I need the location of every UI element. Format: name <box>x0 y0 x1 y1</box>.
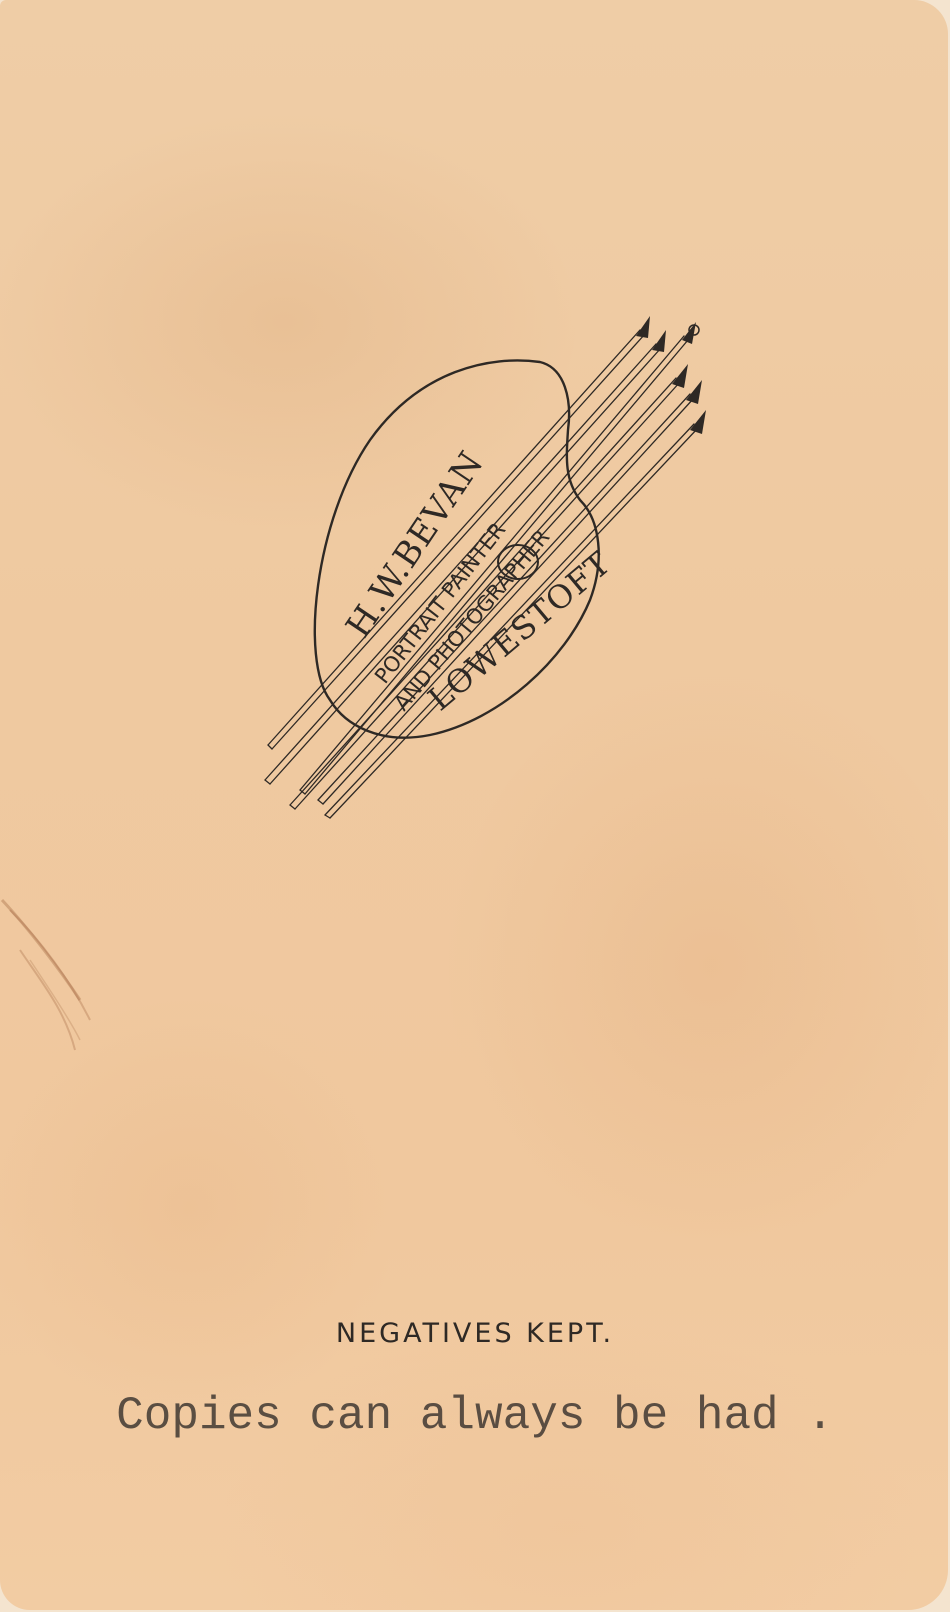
artist-palette-with-brushes-icon: H.W.BEVAN PORTRAIT PAINTER AND PHOTOGRAP… <box>0 0 948 1610</box>
copies-tagline: Copies can always be had . <box>0 1390 948 1442</box>
photograph-card-back: H.W.BEVAN PORTRAIT PAINTER AND PHOTOGRAP… <box>0 0 948 1610</box>
negatives-notice: NEGATIVES KEPT. <box>0 1318 948 1349</box>
